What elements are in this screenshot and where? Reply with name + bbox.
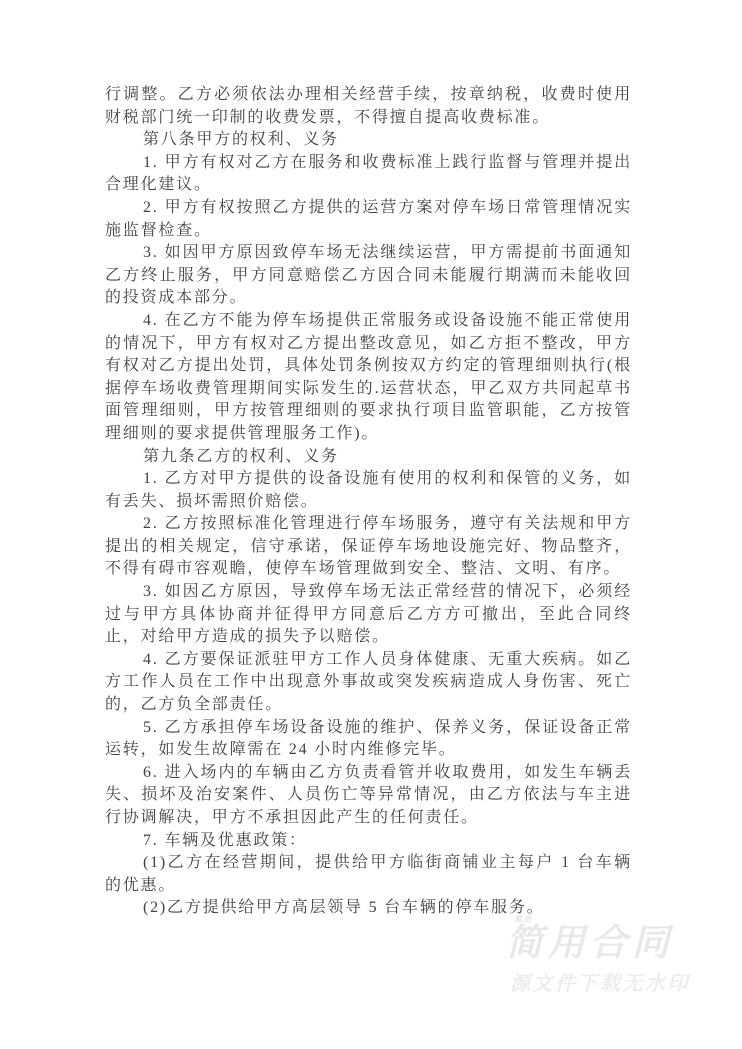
contract-paragraph: 4. 乙方要保证派驻甲方工作人员身体健康、无重大疾病。如乙方工作人员在工作中出现… — [105, 649, 632, 717]
watermark-title: 简用合同 — [506, 924, 726, 961]
contract-paragraph: (1)乙方在经营期间，提供给甲方临街商铺业主每户 1 台车辆的优惠。 — [105, 852, 632, 897]
contract-paragraph: 2. 乙方按照标准化管理进行停车场服务，遵守有关法规和甲方提出的相关规定，信守承… — [105, 513, 632, 581]
contract-paragraph: 7. 车辆及优惠政策： — [105, 830, 632, 853]
document-page: 行调整。乙方必须依法办理相关经营手续，按章纳税，收费时使用财税部门统一印制的收费… — [0, 0, 742, 1049]
contract-paragraph: 6. 进入场内的车辆由乙方负责看管并收取费用，如发生车辆丢失、损坏及治安案件、人… — [105, 762, 632, 830]
contract-clause-heading: 第八条甲方的权利、义务 — [105, 129, 632, 152]
watermark: 简用 简用合同 源文件下载无水印 — [506, 916, 726, 994]
contract-paragraph: (2)乙方提供给甲方高层领导 5 台车辆的停车服务。 — [105, 897, 632, 920]
contract-body: 行调整。乙方必须依法办理相关经营手续，按章纳税，收费时使用财税部门统一印制的收费… — [105, 84, 632, 920]
contract-clause-heading: 第九条乙方的权利、义务 — [105, 446, 632, 469]
contract-paragraph: 3. 如因乙方原因，导致停车场无法正常经营的情况下，必须经过与甲方具体协商并征得… — [105, 581, 632, 649]
contract-paragraph: 5. 乙方承担停车场设备设施的维护、保养义务，保证设备正常运转，如发生故障需在 … — [105, 717, 632, 762]
watermark-subtitle: 源文件下载无水印 — [510, 974, 726, 994]
contract-paragraph: 1. 甲方有权对乙方在服务和收费标准上践行监督与管理并提出合理化建议。 — [105, 152, 632, 197]
contract-paragraph: 2. 甲方有权按照乙方提供的运营方案对停车场日常管理情况实施监督检查。 — [105, 197, 632, 242]
contract-paragraph: 1. 乙方对甲方提供的设备设施有使用的权利和保管的义务，如有丢失、损坏需照价赔偿… — [105, 468, 632, 513]
contract-paragraph: 行调整。乙方必须依法办理相关经营手续，按章纳税，收费时使用财税部门统一印制的收费… — [105, 84, 632, 129]
contract-paragraph: 4. 在乙方不能为停车场提供正常服务或设备设施不能正常使用的情况下，甲方有权对乙… — [105, 310, 632, 446]
contract-paragraph: 3. 如因甲方原因致停车场无法继续运营，甲方需提前书面通知乙方终止服务，甲方同意… — [105, 242, 632, 310]
